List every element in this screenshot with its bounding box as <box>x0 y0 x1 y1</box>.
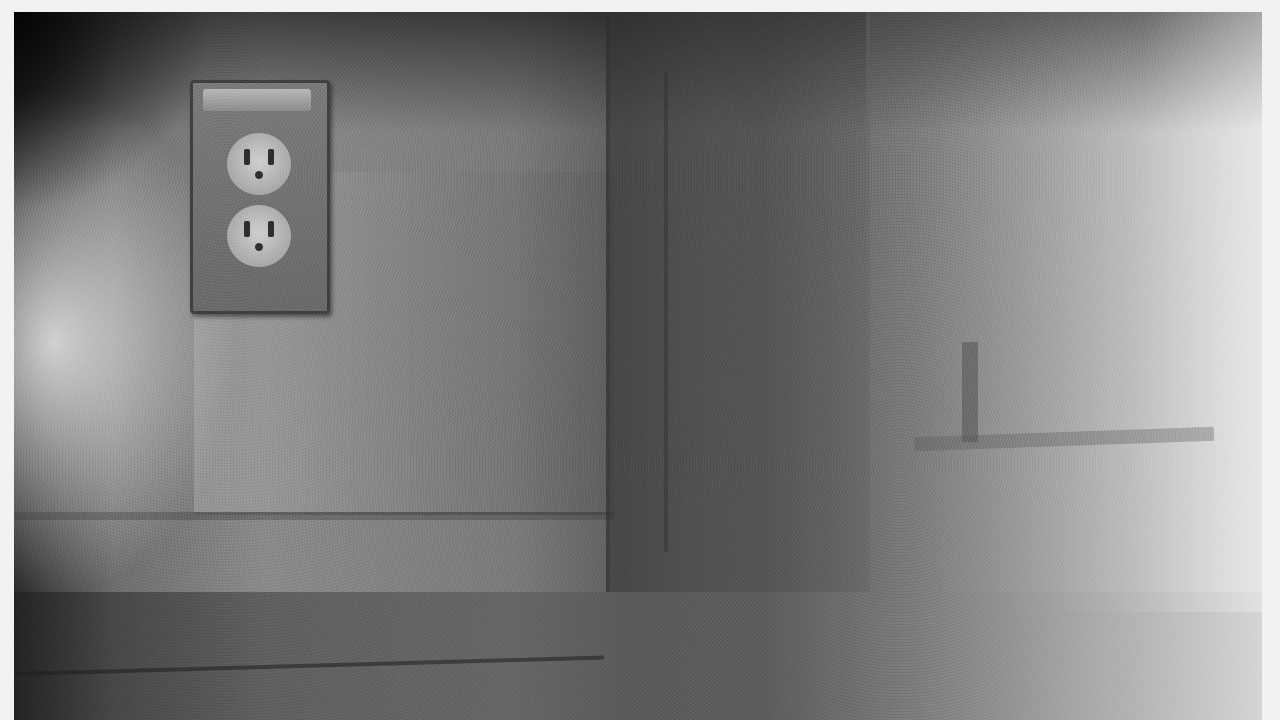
wall-photograph <box>14 12 1262 720</box>
photo-page <box>0 0 1280 720</box>
film-grain <box>14 12 1262 720</box>
